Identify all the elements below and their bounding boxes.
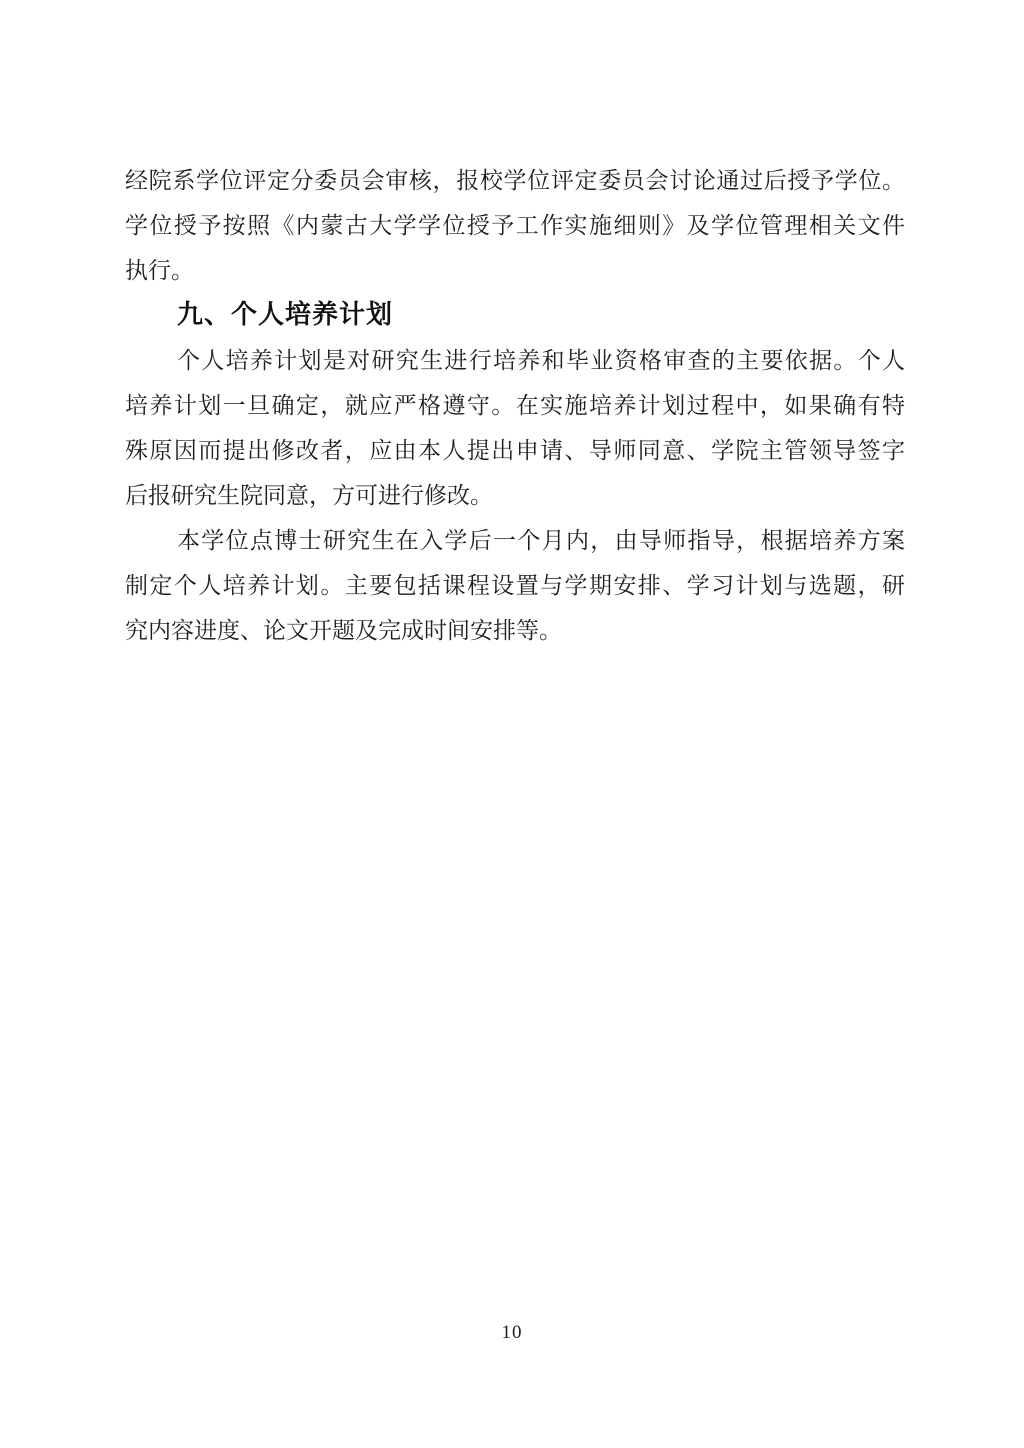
body-line: 制定个人培养计划。主要包括课程设置与学期安排、学习计划与选题，研 <box>125 563 905 608</box>
text-block: 经院系学位评定分委员会审核，报校学位评定委员会讨论通过后授予学位。 学位授予按照… <box>125 158 905 653</box>
body-line: 究内容进度、论文开题及完成时间安排等。 <box>125 608 905 653</box>
section-heading: 九、个人培养计划 <box>125 293 905 338</box>
document-page: 经院系学位评定分委员会审核，报校学位评定委员会讨论通过后授予学位。 学位授予按照… <box>0 0 1024 1448</box>
page-number: 10 <box>502 1322 523 1343</box>
page-footer: 10 <box>0 1322 1024 1344</box>
body-line: 培养计划一旦确定，就应严格遵守。在实施培养计划过程中，如果确有特 <box>125 383 905 428</box>
body-line: 后报研究生院同意，方可进行修改。 <box>125 473 905 518</box>
body-line: 经院系学位评定分委员会审核，报校学位评定委员会讨论通过后授予学位。 <box>125 158 905 203</box>
body-line: 本学位点博士研究生在入学后一个月内，由导师指导，根据培养方案 <box>125 518 905 563</box>
body-line: 个人培养计划是对研究生进行培养和毕业资格审查的主要依据。个人 <box>125 338 905 383</box>
body-line: 殊原因而提出修改者，应由本人提出申请、导师同意、学院主管领导签字 <box>125 428 905 473</box>
body-line: 学位授予按照《内蒙古大学学位授予工作实施细则》及学位管理相关文件 <box>125 203 905 248</box>
body-line: 执行。 <box>125 248 905 293</box>
